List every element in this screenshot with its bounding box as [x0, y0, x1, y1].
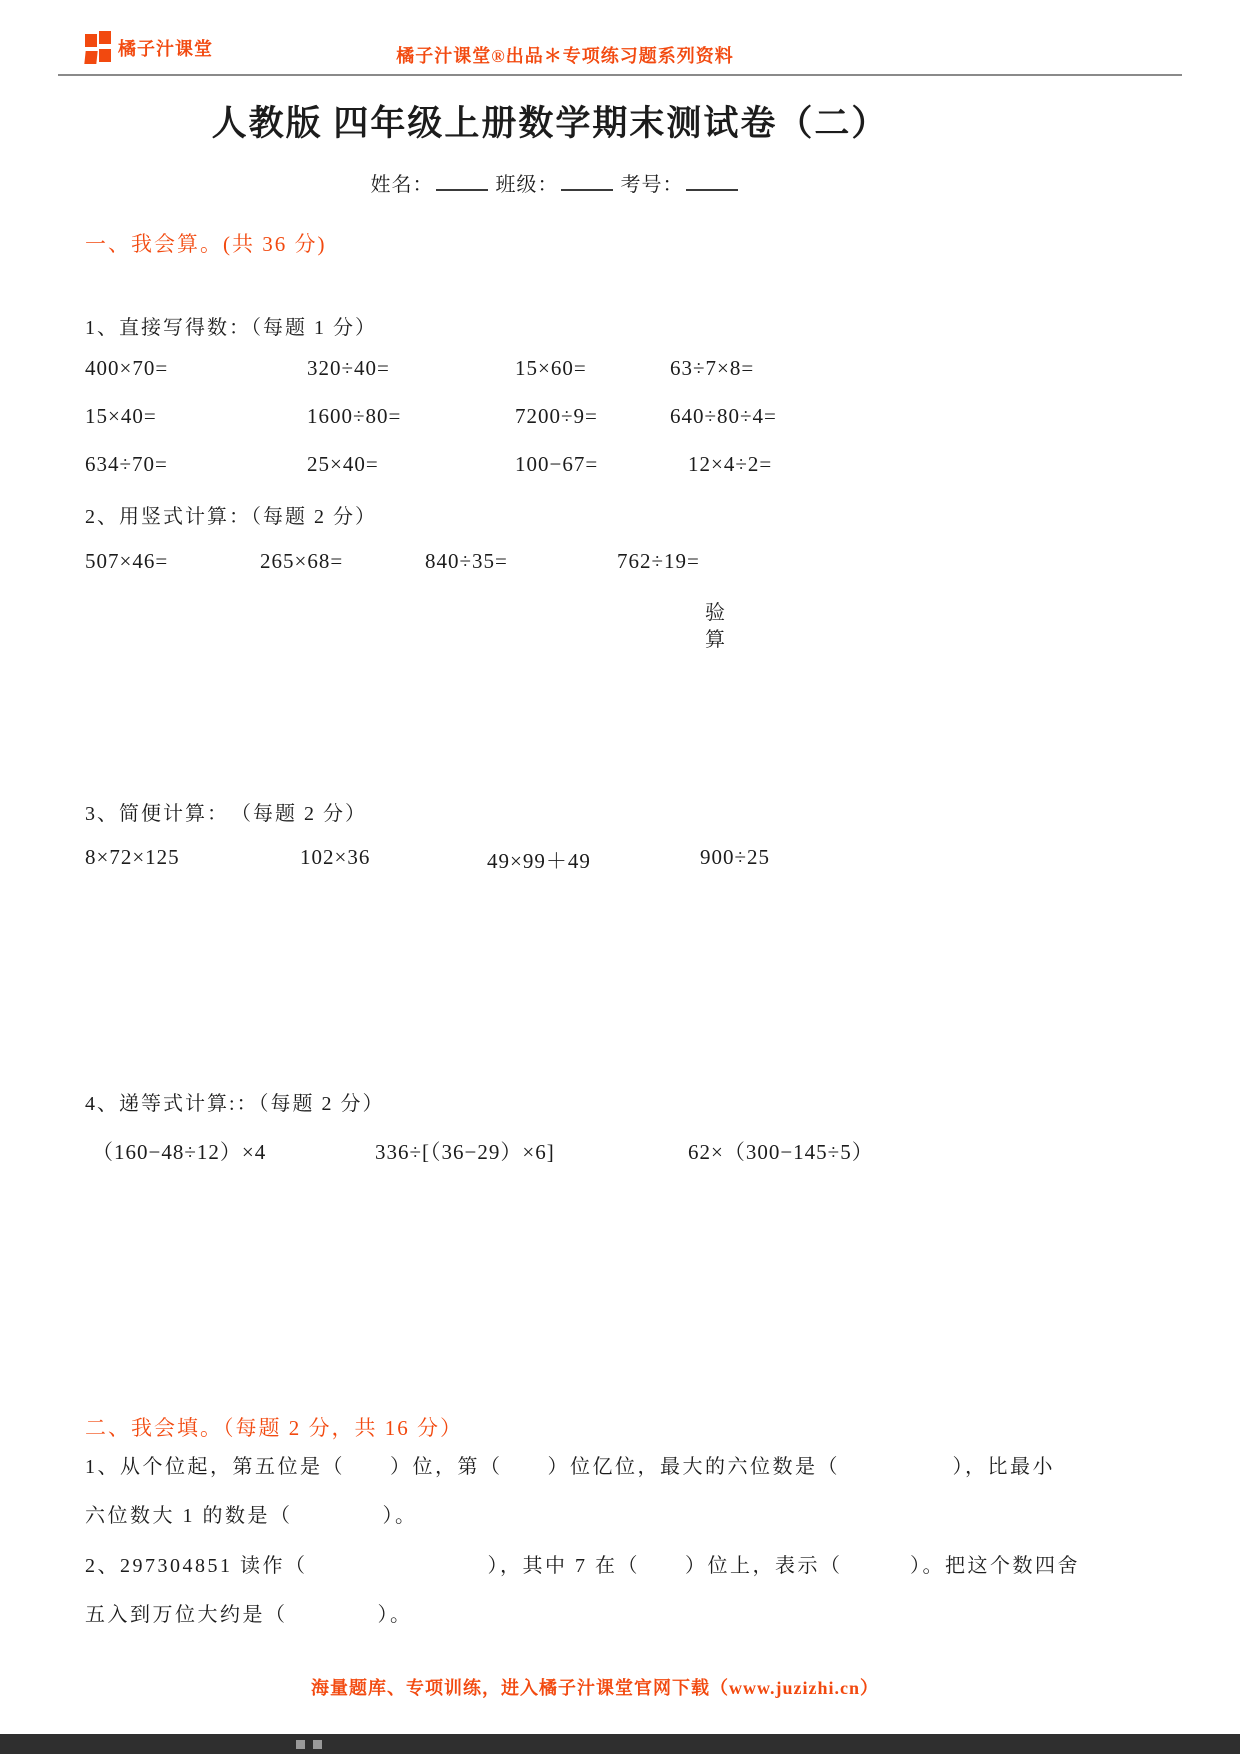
math-problem: 62×（300−145÷5） — [688, 1136, 874, 1166]
math-problem: 12×4÷2= — [688, 452, 772, 477]
math-problem: 336÷[（36−29）×6] — [375, 1136, 555, 1166]
math-problem: 320÷40= — [307, 356, 390, 381]
bottom-bar-icon[interactable] — [296, 1740, 305, 1749]
q1-row-3: 634÷70= 25×40= 100−67= 12×4÷2= — [0, 452, 1240, 492]
name-label: 姓名： — [371, 174, 434, 196]
bottom-bar-icon[interactable] — [313, 1740, 322, 1749]
header-slogan: 橘子汁课堂®出品＊专项练习题系列资料 — [0, 42, 1130, 68]
worksheet-page: 橘子汁课堂 橘子汁课堂®出品＊专项练习题系列资料 人教版 四年级上册数学期末测试… — [0, 0, 1240, 1754]
math-problem: 640÷80÷4= — [670, 404, 777, 429]
math-problem: 49×99＋49 — [487, 845, 591, 875]
math-problem: （160−48÷12）×4 — [92, 1136, 266, 1166]
exam-no-label: 考号： — [621, 174, 684, 196]
math-problem: 7200÷9= — [515, 404, 598, 429]
bottom-bar[interactable] — [0, 1734, 1240, 1754]
math-problem: 265×68= — [260, 549, 343, 574]
q1-label: 1、直接写得数：（每题 1 分） — [85, 311, 377, 340]
math-problem: 1600÷80= — [307, 404, 401, 429]
fill-question-2-line-1: 2、297304851 读作（ ），其中 7 在（ ）位上，表示（ ）。把这个数… — [85, 1551, 1165, 1581]
math-problem: 507×46= — [85, 549, 168, 574]
math-problem: 63÷7×8= — [670, 356, 754, 381]
math-problem: 400×70= — [85, 356, 168, 381]
name-blank — [436, 171, 488, 191]
fill-question-1-line-2: 六位数大 1 的数是（ ）。 — [85, 1501, 1165, 1531]
math-problem: 25×40= — [307, 452, 379, 477]
math-problem: 762÷19= — [617, 549, 700, 574]
check-calculation-label: 验 算 — [703, 600, 727, 654]
page-title: 人教版 四年级上册数学期末测试卷（二） — [0, 96, 1100, 146]
exam-no-blank — [686, 171, 738, 191]
q1-row-2: 15×40= 1600÷80= 7200÷9= 640÷80÷4= — [0, 404, 1240, 444]
math-problem: 15×60= — [515, 356, 587, 381]
math-problem: 102×36 — [300, 845, 370, 870]
document-footer: 海量题库、专项训练，进入橘子汁课堂官网下载（www.juzizhi.cn） — [0, 1674, 1190, 1700]
math-problem: 900÷25 — [700, 845, 770, 870]
section2-heading: 二、我会填。（每题 2 分，共 16 分） — [85, 1412, 463, 1442]
math-problem: 8×72×125 — [85, 845, 180, 870]
q4-row: （160−48÷12）×4 336÷[（36−29）×6] 62×（300−14… — [0, 1136, 1240, 1176]
student-info-line: 姓名： 班级： 考号： — [0, 168, 1110, 197]
header-divider — [58, 74, 1182, 76]
math-problem: 100−67= — [515, 452, 598, 477]
q2-row: 507×46= 265×68= 840÷35= 762÷19= — [0, 549, 1240, 589]
class-blank — [561, 171, 613, 191]
q1-row-1: 400×70= 320÷40= 15×60= 63÷7×8= — [0, 356, 1240, 396]
fill-question-1-line-1: 1、从个位起，第五位是（ ）位，第（ ）位亿位，最大的六位数是（ ），比最小 — [85, 1452, 1165, 1482]
q2-label: 2、用竖式计算：（每题 2 分） — [85, 500, 377, 529]
section1-heading: 一、我会算。(共 36 分) — [85, 228, 327, 258]
math-problem: 634÷70= — [85, 452, 168, 477]
fill-question-2-line-2: 五入到万位大约是（ ）。 — [85, 1600, 1165, 1630]
math-problem: 840÷35= — [425, 549, 508, 574]
class-label: 班级： — [496, 174, 559, 196]
math-problem: 15×40= — [85, 404, 157, 429]
q4-label: 4、递等式计算:：（每题 2 分） — [85, 1087, 385, 1116]
q3-row: 8×72×125 102×36 49×99＋49 900÷25 — [0, 845, 1240, 885]
q3-label: 3、简便计算： （每题 2 分） — [85, 797, 367, 826]
